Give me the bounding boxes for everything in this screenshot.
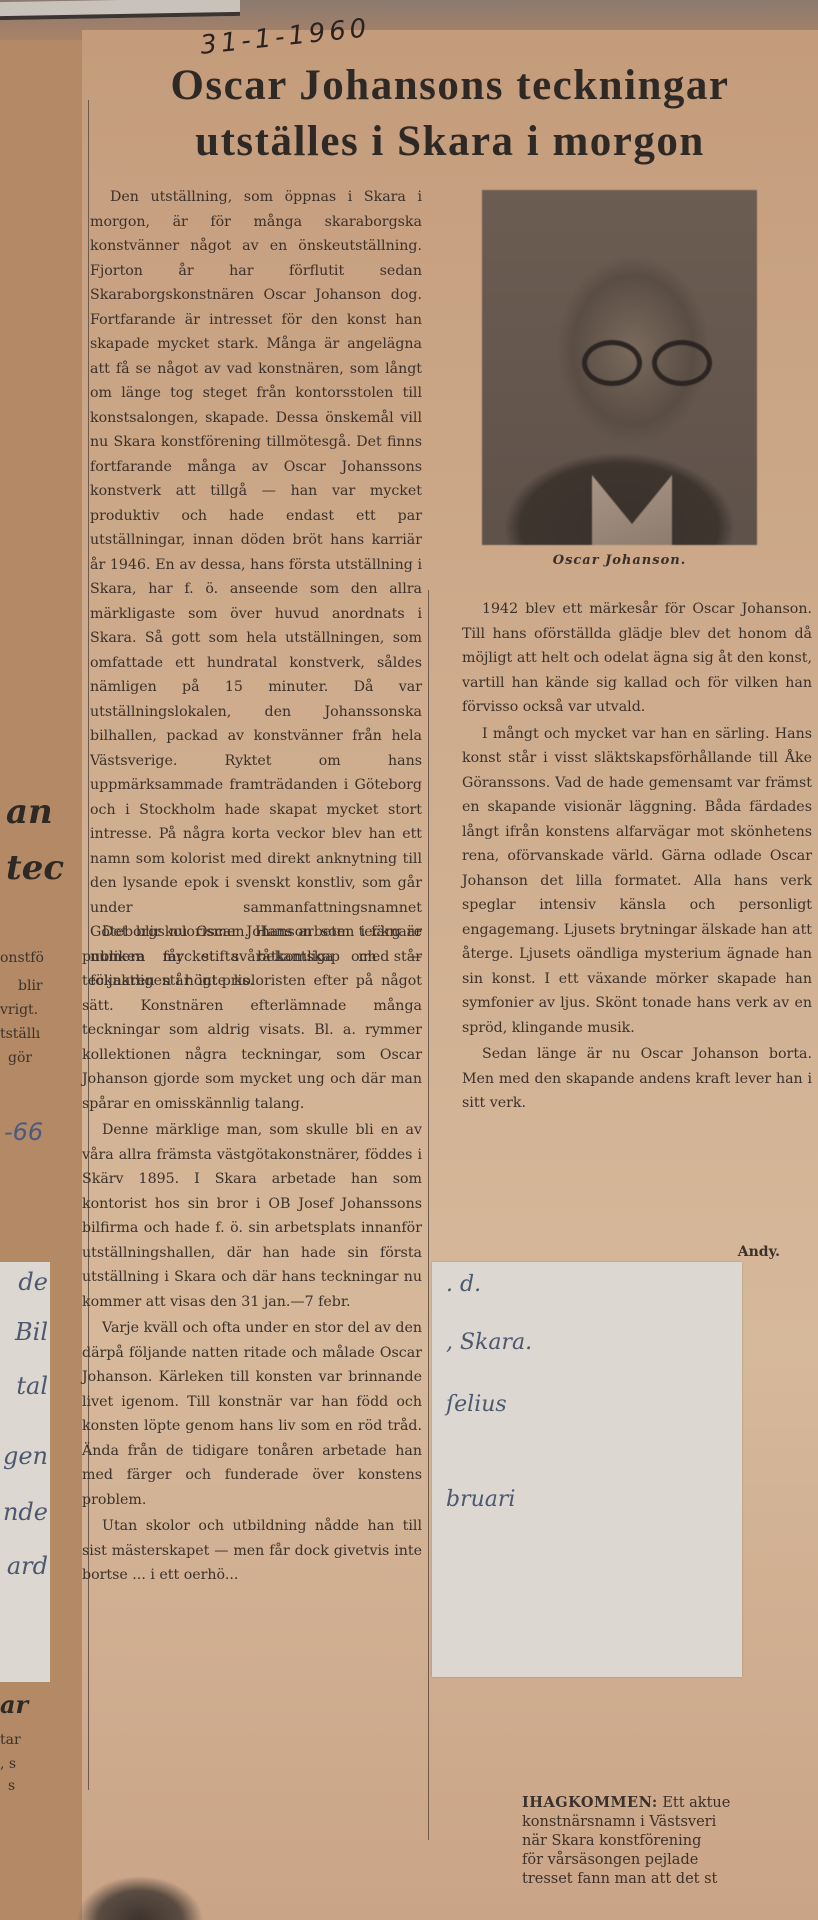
invitation-card-fragment: de Bil tal gen nde ard xyxy=(0,1262,50,1682)
side-article-lead: IHAGKOMMEN: xyxy=(522,1794,658,1811)
glasses-shape xyxy=(582,340,712,380)
fragment-headline: an xyxy=(6,792,53,832)
card-fragment-line: tal xyxy=(16,1372,48,1400)
article-signature: Andy. xyxy=(738,1244,780,1260)
side-article-line: tresset fann man att det st xyxy=(522,1870,818,1889)
article-column-right: 1942 blev ett märkesår för Oscar Johanso… xyxy=(462,597,812,1116)
collar-shape xyxy=(592,475,672,545)
headline-line-1: Oscar Johansons teckningar xyxy=(92,58,808,114)
fragment-text: , s xyxy=(0,1756,16,1772)
card-fragment-line: de xyxy=(18,1268,48,1296)
fragment-text: gör xyxy=(8,1050,32,1066)
fragment-text: onstfö xyxy=(0,950,44,966)
card-line: , Skara. xyxy=(446,1330,532,1355)
article-paragraph: 1942 blev ett märkesår för Oscar Johanso… xyxy=(462,597,812,720)
card-line: . d. xyxy=(446,1272,481,1297)
fragment-text: tar xyxy=(0,1732,21,1748)
fragment-headline: ar xyxy=(0,1690,28,1719)
card-line: bruari xyxy=(446,1487,515,1512)
fragment-headline: tec xyxy=(6,848,64,888)
card-fragment-line: Bil xyxy=(15,1318,48,1346)
fragment-text: vrigt. xyxy=(0,1002,38,1018)
article-paragraph: Denne märklige man, som skulle bli en av… xyxy=(82,1118,422,1314)
article-column-left-lower: Det blir nu Oscar Johanson som tecknare … xyxy=(82,920,422,1588)
fragment-text: s xyxy=(8,1778,15,1794)
column-rule-middle xyxy=(428,590,429,1840)
article-paragraph: Sedan länge är nu Oscar Johanson borta. … xyxy=(462,1042,812,1116)
card-fragment-line: ard xyxy=(7,1552,48,1580)
side-article-line: konstnärsnamn i Västsveri xyxy=(522,1813,818,1832)
article-column-left-upper: Den utställning, som öppnas i Skara i mo… xyxy=(90,185,422,994)
side-article-line: för vårsäsongen pejlade xyxy=(522,1851,818,1870)
headline: Oscar Johansons teckningar utställes i S… xyxy=(92,58,808,170)
side-article-line: Ett aktue xyxy=(662,1795,730,1811)
photo-caption: Oscar Johanson. xyxy=(482,553,757,568)
headline-line-2: utställes i Skara i morgon xyxy=(92,114,808,170)
card-fragment-line: nde xyxy=(3,1498,48,1526)
article-paragraph: I mångt och mycket var han en särling. H… xyxy=(462,722,812,1041)
portrait-photo xyxy=(482,190,757,545)
bottom-photo-fragment xyxy=(70,1855,210,1920)
paper-strip xyxy=(0,0,240,20)
invitation-card: . d. , Skara. ſelius bruari xyxy=(432,1262,742,1677)
side-article: IHAGKOMMEN: Ett aktue konstnärsnamn i Vä… xyxy=(522,1793,818,1889)
article-paragraph: Utan skolor och utbildning nådde han til… xyxy=(82,1514,422,1588)
article-paragraph: Det blir nu Oscar Johanson som tecknare … xyxy=(82,920,422,1116)
article-paragraph: Varje kväll och ofta under en stor del a… xyxy=(82,1316,422,1512)
side-article-line: när Skara konstförening xyxy=(522,1832,818,1851)
fragment-text: tställı xyxy=(0,1026,40,1042)
card-line: ſelius xyxy=(446,1392,507,1417)
fragment-text: blir xyxy=(18,978,43,994)
card-fragment-line: gen xyxy=(3,1442,48,1470)
article-paragraph: Den utställning, som öppnas i Skara i mo… xyxy=(90,185,422,994)
fragment-handwritten: -66 xyxy=(4,1118,43,1146)
